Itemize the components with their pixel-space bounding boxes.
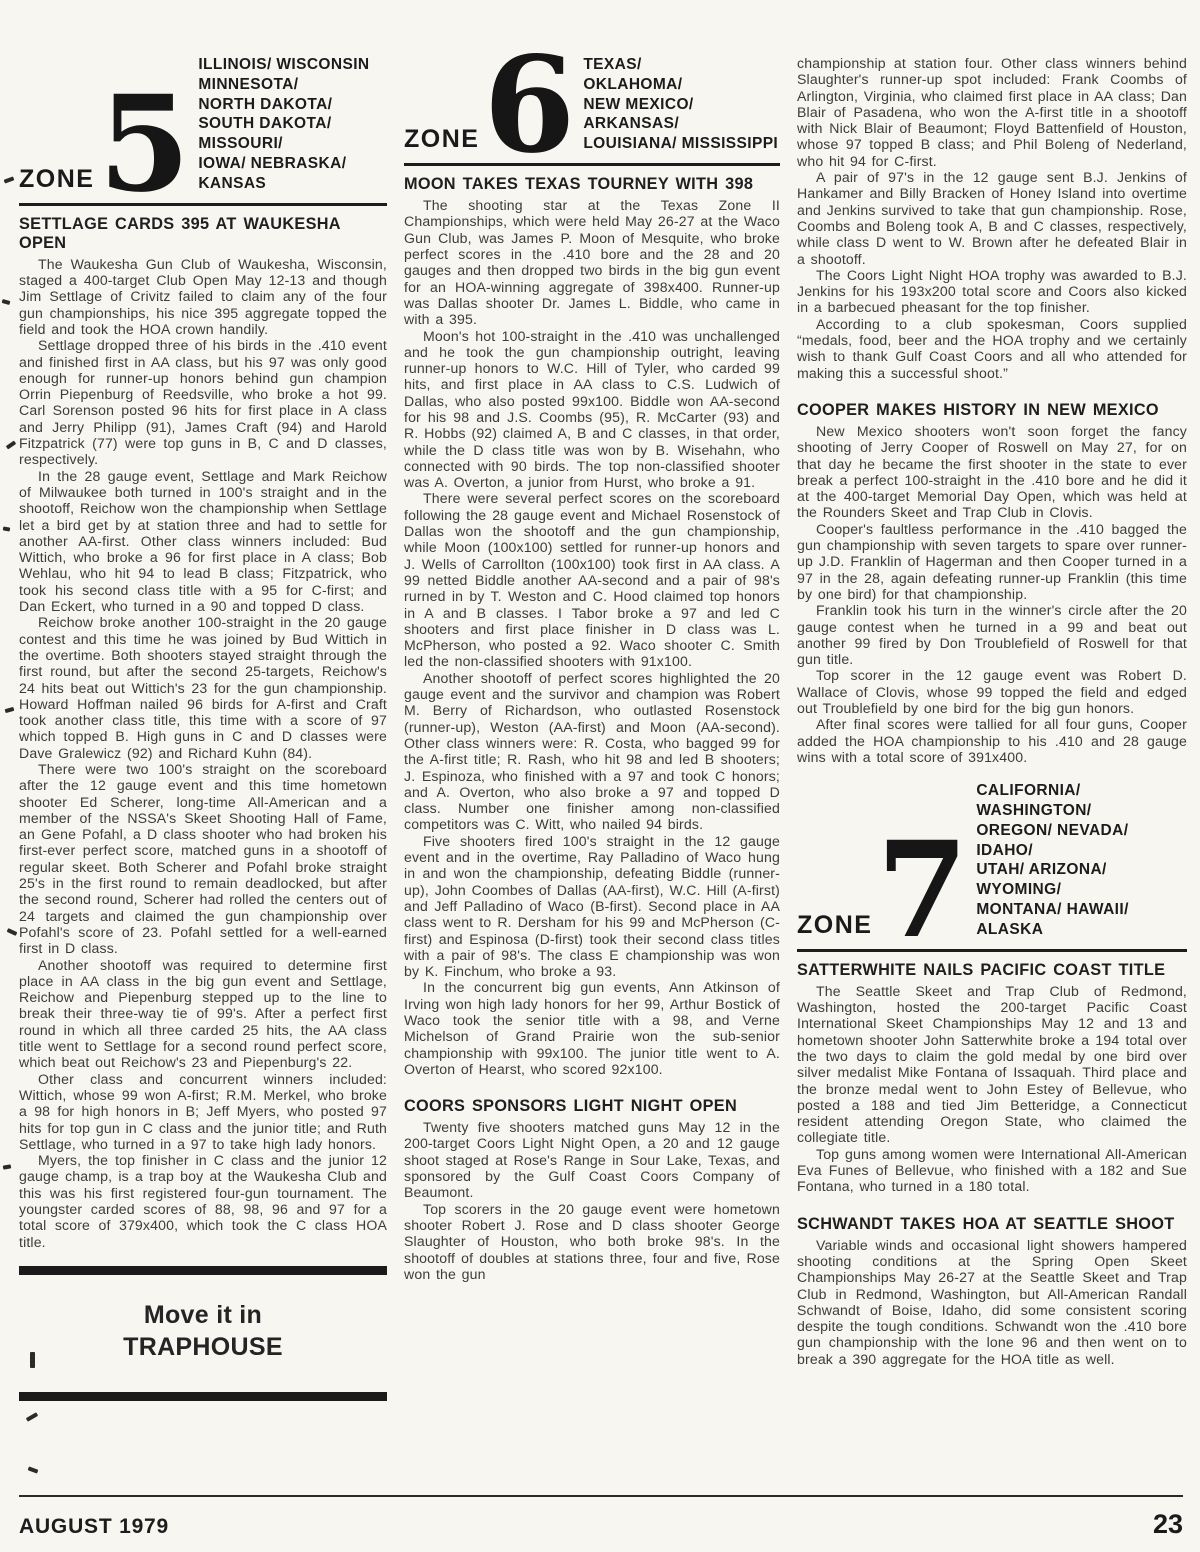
article-paragraph: In the 28 gauge event, Settlage and Mark…	[19, 468, 387, 615]
article-paragraph: Cooper's faultless performance in the .4…	[797, 521, 1187, 602]
zone6-states: TEXAS/ OKLAHOMA/ NEW MEXICO/ ARKANSAS/ L…	[583, 55, 780, 156]
article-paragraph: Top scorers in the 20 gauge event were h…	[404, 1201, 780, 1282]
article-paragraph: Other class and concurrent winners inclu…	[19, 1071, 387, 1152]
article-paragraph: After final scores were tallied for all …	[797, 716, 1187, 765]
article-paragraph: The Waukesha Gun Club of Waukesha, Wisco…	[19, 256, 387, 337]
zone6-label: ZONE	[404, 127, 479, 156]
zone7-states: CALIFORNIA/ WASHINGTON/ OREGON/ NEVADA/ …	[976, 781, 1187, 942]
magazine-page: ZONE 5 ILLINOIS/ WISCONSIN MINNESOTA/ NO…	[0, 0, 1200, 1552]
zone7-number: 7	[876, 841, 968, 941]
article-paragraph: New Mexico shooters won't soon forget th…	[797, 423, 1187, 521]
scan-artifact	[30, 1352, 35, 1368]
article-paragraph: Moon's hot 100-straight in the .410 was …	[404, 328, 780, 491]
page-footer: AUGUST 1979 23	[19, 1495, 1183, 1540]
article-paragraph: championship at station four. Other clas…	[797, 55, 1187, 169]
article-paragraph: Variable winds and occasional light show…	[797, 1237, 1187, 1367]
article-paragraph: Twenty five shooters matched guns May 12…	[404, 1119, 780, 1200]
article-paragraph: The Seattle Skeet and Trap Club of Redmo…	[797, 983, 1187, 1146]
zone6-header: ZONE 6 TEXAS/ OKLAHOMA/ NEW MEXICO/ ARKA…	[404, 55, 780, 166]
headline-settlage: SETTLAGE CARDS 395 AT WAUKESHA OPEN	[19, 215, 387, 253]
zone7-label: ZONE	[797, 913, 872, 942]
zone6-number: 6	[483, 56, 575, 156]
column-zone5: ZONE 5 ILLINOIS/ WISCONSIN MINNESOTA/ NO…	[19, 55, 387, 1401]
headline-schwandt: SCHWANDT TAKES HOA AT SEATTLE SHOOT	[797, 1215, 1187, 1234]
column-zone6: ZONE 6 TEXAS/ OKLAHOMA/ NEW MEXICO/ ARKA…	[404, 55, 780, 1282]
headline-moon: MOON TAKES TEXAS TOURNEY WITH 398	[404, 175, 780, 194]
article-paragraph: Another shootoff was required to determi…	[19, 957, 387, 1071]
article-paragraph: Franklin took his turn in the winner's c…	[797, 602, 1187, 667]
zone5-header: ZONE 5 ILLINOIS/ WISCONSIN MINNESOTA/ NO…	[19, 55, 387, 206]
page-columns: ZONE 5 ILLINOIS/ WISCONSIN MINNESOTA/ NO…	[0, 0, 1200, 1401]
ad-line-2: TRAPHOUSE	[19, 1331, 387, 1364]
zone5-states: ILLINOIS/ WISCONSIN MINNESOTA/ NORTH DAK…	[198, 55, 387, 196]
article-paragraph: In the concurrent big gun events, Ann At…	[404, 979, 780, 1077]
article-paragraph: The Coors Light Night HOA trophy was awa…	[797, 267, 1187, 316]
article-paragraph: According to a club spokesman, Coors sup…	[797, 316, 1187, 381]
scan-artifact	[28, 1466, 39, 1473]
issue-date: AUGUST 1979	[19, 1515, 169, 1539]
article-paragraph: A pair of 97's in the 12 gauge sent B.J.…	[797, 169, 1187, 267]
headline-satterwhite: SATTERWHITE NAILS PACIFIC COAST TITLE	[797, 961, 1187, 980]
column-three: championship at station four. Other clas…	[797, 55, 1187, 1367]
zone5-number: 5	[98, 95, 190, 195]
zone7-block: ZONE 7 CALIFORNIA/ WASHINGTON/ OREGON/ N…	[797, 781, 1187, 952]
zone7-header: ZONE 7 CALIFORNIA/ WASHINGTON/ OREGON/ N…	[797, 781, 1187, 952]
headline-cooper: COOPER MAKES HISTORY IN NEW MEXICO	[797, 401, 1187, 420]
article-paragraph: Myers, the top finisher in C class and t…	[19, 1152, 387, 1250]
article-paragraph: The shooting star at the Texas Zone II C…	[404, 197, 780, 327]
article-paragraph: Top scorer in the 12 gauge event was Rob…	[797, 667, 1187, 716]
article-paragraph: There were two 100's straight on the sco…	[19, 761, 387, 957]
article-paragraph: There were several perfect scores on the…	[404, 490, 780, 669]
page-number: 23	[1153, 1509, 1183, 1540]
scan-artifact	[26, 1412, 38, 1421]
article-paragraph: Another shootoff of perfect scores highl…	[404, 670, 780, 833]
ad-line-1: Move it in	[19, 1299, 387, 1332]
article-paragraph: Five shooters fired 100's straight in th…	[404, 833, 780, 980]
article-paragraph: Reichow broke another 100-straight in th…	[19, 614, 387, 761]
zone5-label: ZONE	[19, 167, 94, 196]
headline-coors: COORS SPONSORS LIGHT NIGHT OPEN	[404, 1097, 780, 1116]
article-paragraph: Top guns among women were International …	[797, 1146, 1187, 1195]
article-paragraph: Settlage dropped three of his birds in t…	[19, 337, 387, 467]
traphouse-ad: Move it in TRAPHOUSE	[19, 1266, 387, 1401]
